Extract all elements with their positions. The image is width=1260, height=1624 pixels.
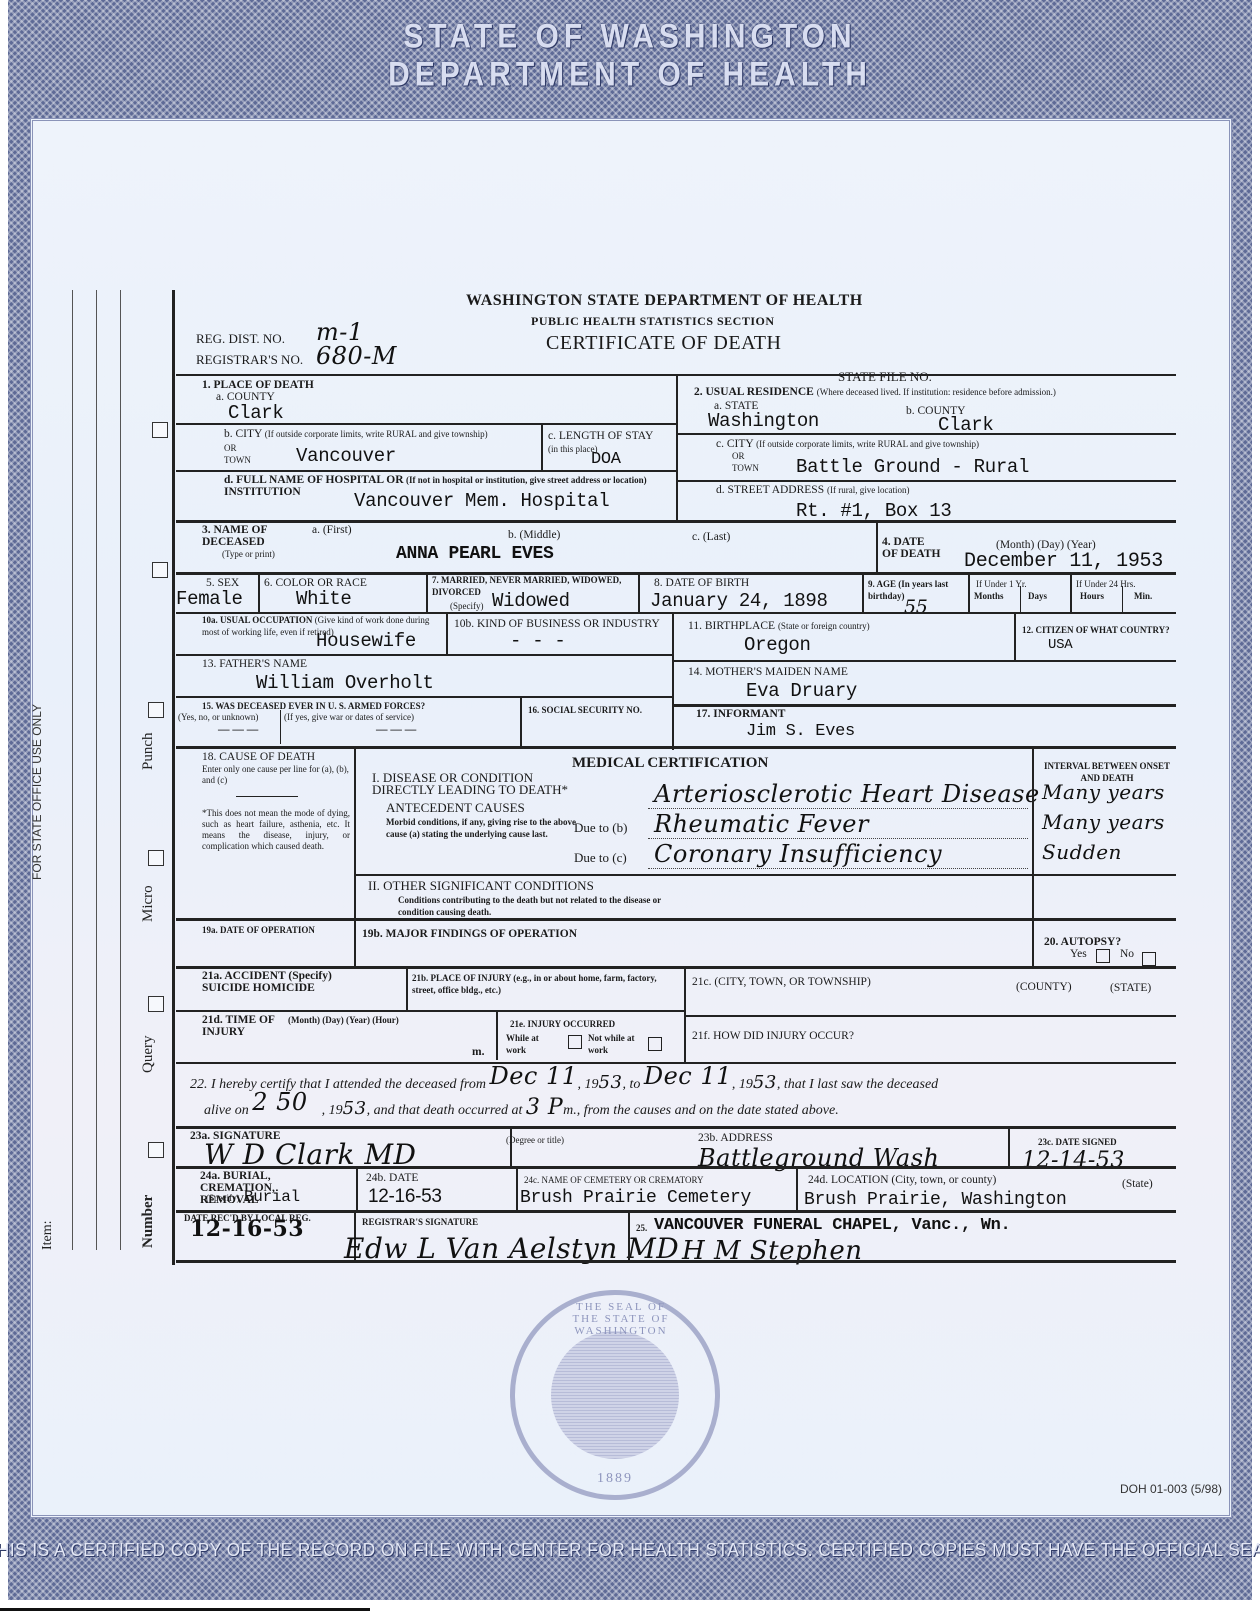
number-label: Number xyxy=(140,1195,157,1248)
dob-label: 8. DATE OF BIRTH xyxy=(654,577,749,589)
cemetery-name: Brush Prairie Cemetery xyxy=(520,1188,751,1208)
divider xyxy=(236,796,298,797)
divider xyxy=(638,572,640,612)
stay-label: c. LENGTH OF STAY xyxy=(548,430,668,442)
divider xyxy=(356,1166,358,1210)
due-to-c-label: Due to (c) xyxy=(574,852,627,864)
street-label: d. STREET ADDRESS (If rural, give locati… xyxy=(716,484,909,496)
deceased-name: ANNA PEARL EVES xyxy=(396,544,554,564)
medical-heading: MEDICAL CERTIFICATION xyxy=(572,757,768,769)
divider xyxy=(1014,612,1016,660)
date-of-death-label: 4. DATE OF DEATH xyxy=(882,536,942,560)
micro-label: Micro xyxy=(140,885,157,922)
cause-instructions: Enter only one cause per line for (a), (… xyxy=(202,764,352,786)
divider xyxy=(541,423,543,470)
citizenship: USA xyxy=(1048,637,1072,653)
death-county: Clark xyxy=(228,402,284,424)
divider xyxy=(510,1126,512,1166)
divider xyxy=(354,746,356,918)
divider xyxy=(1070,572,1072,612)
divider xyxy=(648,808,1028,809)
query-label: Query xyxy=(140,1036,157,1074)
place-of-death-heading: 1. PLACE OF DEATH xyxy=(202,379,314,391)
divider xyxy=(648,838,1028,839)
divider xyxy=(648,868,1028,869)
due-to-b-label: Due to (b) xyxy=(574,822,627,834)
injury-occurred-label: 21e. INJURY OCCURRED xyxy=(510,1018,615,1030)
funeral-label: 25. xyxy=(636,1222,647,1234)
divider xyxy=(176,1210,1176,1213)
divider xyxy=(356,874,1032,876)
burial-date: 12-16-53 xyxy=(368,1186,442,1208)
hours-label: Hours xyxy=(1080,590,1104,602)
sex: Female xyxy=(176,588,243,610)
citizen-label: 12. CITIZEN OF WHAT COUNTRY? xyxy=(1022,624,1172,636)
divider xyxy=(72,290,73,1250)
number-checkbox[interactable] xyxy=(148,1142,164,1158)
item-label: Item: xyxy=(40,1220,56,1250)
street-address: Rt. #1, Box 13 xyxy=(796,500,951,522)
marital-status: Widowed xyxy=(492,590,570,612)
divider xyxy=(176,1126,1176,1129)
divider xyxy=(426,572,428,612)
certified-copy-notice: THIS IS A CERTIFIED COPY OF THE RECORD O… xyxy=(0,1540,1260,1561)
registrar-value: 680-M xyxy=(316,342,397,370)
divider xyxy=(176,470,676,472)
autopsy-label: 20. AUTOPSY? xyxy=(1044,936,1121,948)
alive-statement: alive on 2 50 , 1953, and that death occ… xyxy=(204,1100,839,1117)
checkbox[interactable] xyxy=(152,422,168,438)
armed-value-2: — — — xyxy=(376,724,416,736)
registrar-label: REGISTRAR'S NO. xyxy=(196,354,303,366)
bottom-banner: THIS IS A CERTIFIED COPY OF THE RECORD O… xyxy=(8,1520,1252,1580)
divider xyxy=(176,423,676,425)
divider xyxy=(172,290,175,1265)
city-label: b. CITY (If outside corporate limits, wr… xyxy=(224,428,534,440)
interval-a: Many years xyxy=(1042,780,1165,804)
divider xyxy=(280,710,281,744)
divider xyxy=(968,572,970,612)
divider xyxy=(676,374,678,520)
divider xyxy=(520,696,522,746)
divider xyxy=(686,1015,1176,1017)
divider xyxy=(1020,586,1021,612)
divider xyxy=(176,746,1176,749)
divider xyxy=(176,1166,1176,1169)
days-label: Days xyxy=(1028,590,1047,602)
date-of-birth: January 24, 1898 xyxy=(650,590,828,612)
burial-state-label: (State) xyxy=(1122,1178,1153,1190)
residence-city-label: c. CITY (If outside corporate limits, wr… xyxy=(716,438,1176,450)
registrar-signature-label: REGISTRAR'S SIGNATURE xyxy=(362,1216,478,1228)
last-name-label: c. (Last) xyxy=(692,531,730,543)
under-24-label: If Under 24 Hrs. xyxy=(1076,578,1135,590)
divider xyxy=(678,433,1176,435)
divider xyxy=(862,572,864,612)
divider xyxy=(406,966,408,1010)
state-seal: THE SEAL OF THE STATE OF WASHINGTON 1889 xyxy=(510,1290,720,1500)
occupation: Housewife xyxy=(316,630,416,652)
top-banner: STATE OF WASHINGTON DEPARTMENT OF HEALTH xyxy=(8,0,1252,115)
part1-label: I. DISEASE OR CONDITION DIRECTLY LEADING… xyxy=(372,772,592,796)
cause-c: Coronary Insufficiency xyxy=(654,840,942,868)
cemetery-label: 24c. NAME OF CEMETERY OR CREMATORY xyxy=(524,1174,704,1186)
first-name-label: a. (First) xyxy=(312,524,352,536)
state-office-label: FOR STATE OFFICE USE ONLY xyxy=(30,704,44,880)
father-name: William Overholt xyxy=(256,672,434,694)
degree-label: (Degree or title) xyxy=(506,1134,564,1146)
divider xyxy=(496,1010,498,1060)
state-office-strip: FOR STATE OFFICE USE ONLY Item: Punch Mi… xyxy=(22,290,172,1290)
at-work-checkbox[interactable] xyxy=(568,1035,582,1049)
armed-note-1: (Yes, no, or unknown) xyxy=(178,711,258,723)
time-columns: (Month) (Day) (Year) (Hour) xyxy=(288,1014,399,1026)
divider xyxy=(796,1166,798,1210)
divider xyxy=(1034,874,1176,876)
divider xyxy=(672,660,1176,662)
informant-label: 17. INFORMANT xyxy=(696,708,785,720)
residence-state: Washington xyxy=(708,410,819,432)
divider xyxy=(672,612,674,750)
divider xyxy=(0,1608,370,1611)
divider xyxy=(1008,1126,1010,1166)
interval-c: Sudden xyxy=(1042,840,1122,864)
marital-specify: (Specify) xyxy=(450,600,484,612)
form-number: DOH 01-003 (5/98) xyxy=(1120,1482,1222,1496)
date-of-death: December 11, 1953 xyxy=(964,550,1163,573)
time-of-injury-label: 21d. TIME OF INJURY xyxy=(202,1014,282,1038)
burial-location: Brush Prairie, Washington xyxy=(804,1190,1067,1210)
name-label: 3. NAME OF DECEASED xyxy=(202,524,302,548)
ssn-label: 16. SOCIAL SECURITY NO. xyxy=(528,704,668,716)
page-title: CERTIFICATE OF DEATH xyxy=(546,332,781,355)
agency-name: WASHINGTON STATE DEPARTMENT OF HEALTH xyxy=(466,292,863,310)
punch-checkbox[interactable] xyxy=(148,702,164,718)
divider xyxy=(672,704,1176,707)
place-of-injury-label: 21b. PLACE OF INJURY (e.g., in or about … xyxy=(412,972,678,996)
divider xyxy=(176,1010,684,1012)
injury-state-label: (STATE) xyxy=(1110,982,1151,994)
length-of-stay: DOA xyxy=(591,450,621,469)
divider xyxy=(876,522,878,572)
address-label: 23b. ADDRESS xyxy=(698,1132,773,1144)
section-name: PUBLIC HEALTH STATISTICS SECTION xyxy=(531,314,775,329)
seal-text: THE SEAL OF THE STATE OF WASHINGTON xyxy=(571,1301,671,1337)
interval-b: Many years xyxy=(1042,810,1165,834)
at-work-label: While at work xyxy=(506,1032,546,1056)
burial-date-label: 24b. DATE xyxy=(366,1172,418,1184)
funeral-director: VANCOUVER FUNERAL CHAPEL, Vanc., Wn. xyxy=(654,1216,1010,1235)
death-city: Vancouver xyxy=(296,445,396,467)
cause-label: 18. CAUSE OF DEATH xyxy=(202,751,315,763)
seal-year: 1889 xyxy=(597,1471,633,1487)
business-label: 10b. KIND OF BUSINESS OR INDUSTRY xyxy=(454,618,662,630)
business: - - - xyxy=(510,630,566,652)
autopsy-yes-checkbox[interactable] xyxy=(1096,949,1110,963)
divider xyxy=(176,918,1176,921)
armed-note-2: (If yes, give war or dates of service) xyxy=(284,711,414,723)
part2-note: Conditions contributing to the death but… xyxy=(398,894,678,918)
disposition: Burial xyxy=(244,1188,300,1206)
how-injury-label: 21f. HOW DID INJURY OCCUR? xyxy=(692,1030,854,1042)
birthplace-label: 11. BIRTHPLACE (State or foreign country… xyxy=(688,620,870,632)
washington-portrait-icon xyxy=(551,1331,679,1459)
residence-city: Battle Ground - Rural xyxy=(796,456,1029,478)
divider xyxy=(1032,748,1034,918)
reg-dist-label: REG. DIST. NO. xyxy=(196,333,285,345)
divider xyxy=(678,480,1176,482)
date-received: 12-16-53 xyxy=(190,1216,304,1242)
hospital-note: (If not in hospital or institution, give… xyxy=(406,474,671,486)
mother-label: 14. MOTHER'S MAIDEN NAME xyxy=(688,666,848,678)
divider xyxy=(176,696,672,698)
autopsy-no-checkbox[interactable] xyxy=(1142,952,1156,966)
part2-label: II. OTHER SIGNIFICANT CONDITIONS xyxy=(368,880,594,892)
race: White xyxy=(296,588,352,610)
banner-department: DEPARTMENT OF HEALTH xyxy=(8,53,1252,97)
op-date-label: 19a. DATE OF OPERATION xyxy=(202,924,328,936)
accident-label: 21a. ACCIDENT (Specify) SUICIDE HOMICIDE xyxy=(202,970,382,994)
father-label: 13. FATHER'S NAME xyxy=(202,658,307,670)
armed-value-1: — — — xyxy=(218,724,258,736)
divider xyxy=(446,612,448,654)
burial-specify: (Specify) xyxy=(206,1192,240,1204)
months-label: Months xyxy=(974,590,1004,602)
cause-footnote: *This does not mean the mode of dying, s… xyxy=(202,808,350,852)
divider xyxy=(628,1210,630,1260)
date-signed: 12-14-53 xyxy=(1022,1148,1125,1173)
date-signed-label: 23c. DATE SIGNED xyxy=(1038,1136,1117,1148)
age: 55 xyxy=(904,596,928,618)
antecedent-label: ANTECEDENT CAUSES xyxy=(386,802,525,814)
query-checkbox[interactable] xyxy=(148,996,164,1012)
op-findings-label: 19b. MAJOR FINDINGS OF OPERATION xyxy=(362,928,577,940)
state-file-label: STATE FILE NO. xyxy=(838,371,932,383)
cause-a: Arteriosclerotic Heart Disease xyxy=(654,780,1040,808)
or-town-label: OR TOWN xyxy=(224,442,264,466)
divider xyxy=(176,572,1176,575)
hospital-name: Vancouver Mem. Hospital xyxy=(354,490,609,512)
time-m: m. xyxy=(472,1046,484,1058)
divider xyxy=(1032,918,1034,966)
injury-location-label: 21c. (CITY, TOWN, OR TOWNSHIP) xyxy=(692,976,871,988)
autopsy-no-label: No xyxy=(1120,948,1134,960)
or-town-label: OR TOWN xyxy=(732,450,772,474)
residence-heading: 2. USUAL RESIDENCE (Where deceased lived… xyxy=(694,386,1174,398)
divider xyxy=(684,966,686,1062)
informant: Jim S. Eves xyxy=(746,722,855,741)
cause-b: Rheumatic Fever xyxy=(654,810,869,838)
burial-location-label: 24d. LOCATION (City, town, or county) xyxy=(808,1174,996,1186)
min-label: Min. xyxy=(1134,590,1152,602)
autopsy-yes-label: Yes xyxy=(1070,948,1087,960)
name-note: (Type or print) xyxy=(222,548,275,560)
divider xyxy=(96,290,97,1250)
antecedent-note: Morbid conditions, if any, giving rise t… xyxy=(386,816,576,840)
micro-checkbox[interactable] xyxy=(148,850,164,866)
divider xyxy=(176,1260,1176,1263)
checkbox[interactable] xyxy=(152,562,168,578)
not-at-work-label: Not while at work xyxy=(588,1032,638,1056)
divider xyxy=(258,572,260,612)
mother-maiden-name: Eva Druary xyxy=(746,680,857,702)
birthplace: Oregon xyxy=(744,634,811,656)
death-certificate: WASHINGTON STATE DEPARTMENT OF HEALTH PU… xyxy=(176,290,1176,1280)
divider xyxy=(1122,586,1123,612)
divider xyxy=(176,654,672,656)
punch-label: Punch xyxy=(140,733,157,771)
divider xyxy=(176,520,1176,523)
divider xyxy=(516,1166,518,1210)
divider xyxy=(354,918,356,966)
not-at-work-checkbox[interactable] xyxy=(648,1037,662,1051)
middle-name-label: b. (Middle) xyxy=(508,529,560,541)
divider xyxy=(176,966,1176,969)
divider xyxy=(120,290,121,1250)
injury-county-label: (COUNTY) xyxy=(1016,981,1072,993)
